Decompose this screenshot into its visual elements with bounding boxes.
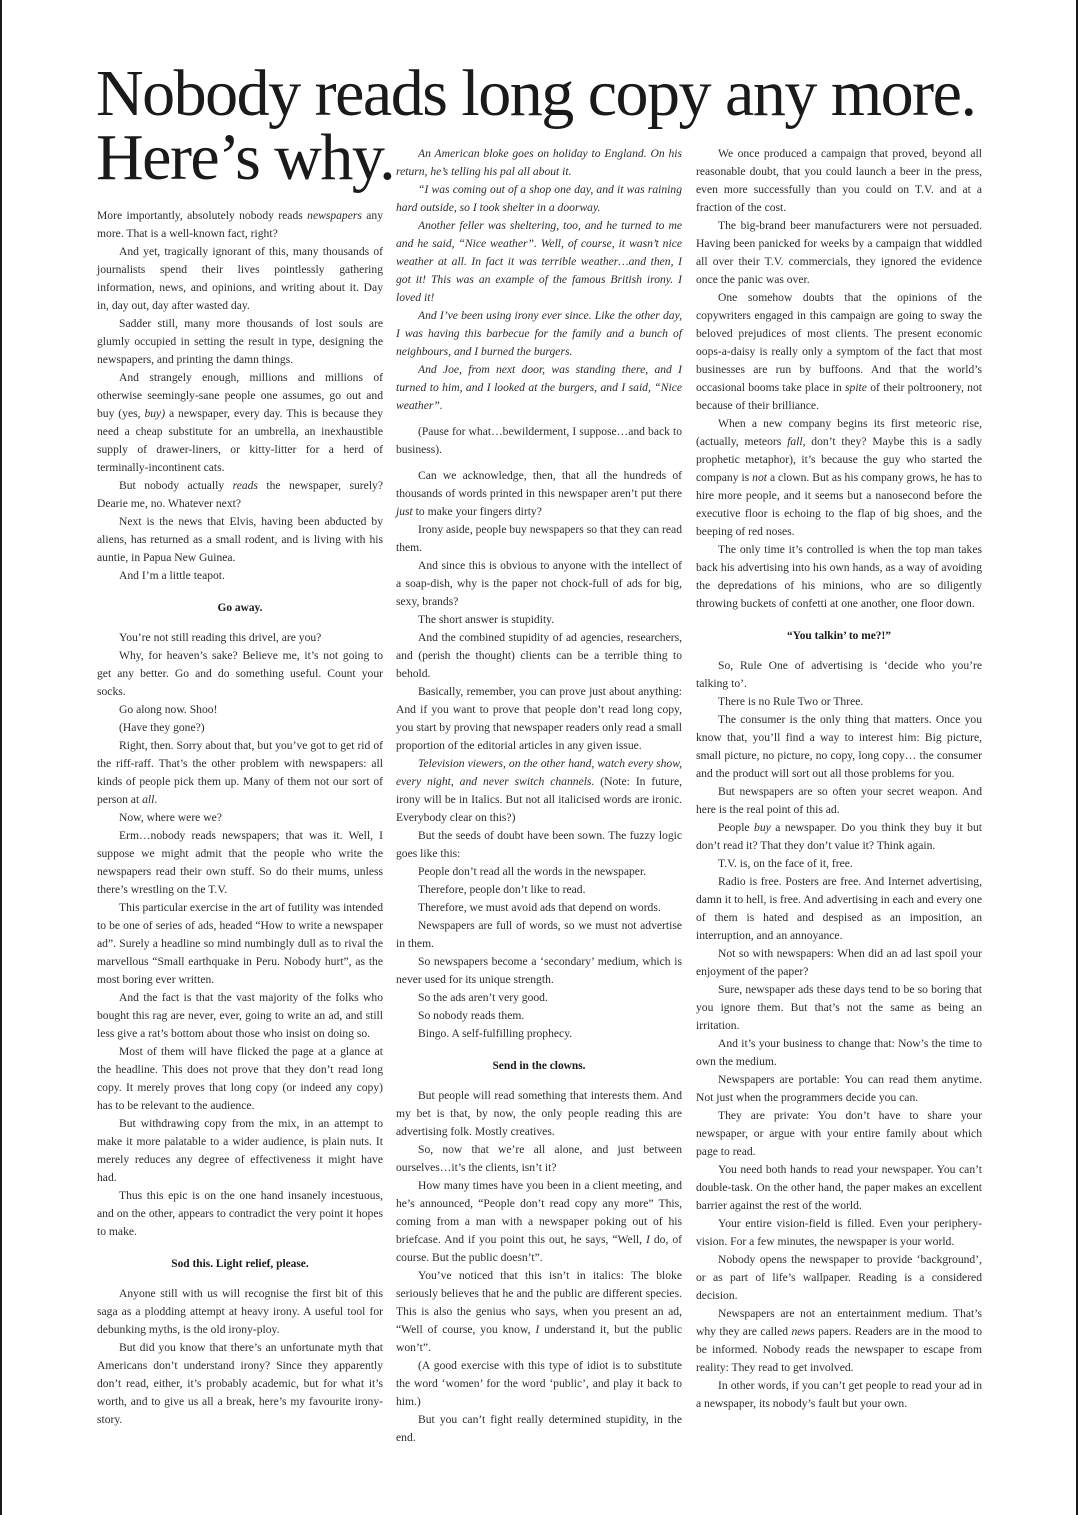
body-paragraph: Next is the news that Elvis, having been… xyxy=(97,513,383,567)
body-paragraph: But the seeds of doubt have been sown. T… xyxy=(396,827,682,863)
body-paragraph: Irony aside, people buy newspapers so th… xyxy=(396,521,682,557)
body-paragraph: And since this is obvious to anyone with… xyxy=(396,557,682,611)
body-paragraph: “I was coming out of a shop one day, and… xyxy=(396,181,682,217)
body-paragraph: Thus this epic is on the one hand insane… xyxy=(97,1187,383,1241)
body-paragraph: T.V. is, on the face of it, free. xyxy=(696,855,982,873)
body-paragraph: So newspapers become a ‘secondary’ mediu… xyxy=(396,953,682,989)
body-paragraph: And yet, tragically ignorant of this, ma… xyxy=(97,243,383,315)
body-paragraph: Right, then. Sorry about that, but you’v… xyxy=(97,737,383,809)
body-paragraph: We once produced a campaign that proved,… xyxy=(696,145,982,217)
section-subheading: Sod this. Light relief, please. xyxy=(97,1255,383,1273)
body-column-3: We once produced a campaign that proved,… xyxy=(696,145,982,1413)
body-paragraph: Not so with newspapers: When did an ad l… xyxy=(696,945,982,981)
body-column-2: An American bloke goes on holiday to Eng… xyxy=(396,145,682,1447)
page-border-left xyxy=(0,0,2,1515)
body-paragraph: So nobody reads them. xyxy=(396,1007,682,1025)
body-paragraph: Go along now. Shoo! xyxy=(97,701,383,719)
body-paragraph: Your entire vision-field is filled. Even… xyxy=(696,1215,982,1251)
body-paragraph: And the fact is that the vast majority o… xyxy=(97,989,383,1043)
headline-line-1: Nobody reads long copy any more. xyxy=(96,62,975,126)
body-paragraph: More importantly, absolutely nobody read… xyxy=(97,207,383,243)
body-paragraph: Can we acknowledge, then, that all the h… xyxy=(396,467,682,521)
body-paragraph: The short answer is stupidity. xyxy=(396,611,682,629)
body-paragraph: So the ads aren’t very good. xyxy=(396,989,682,1007)
body-paragraph: Sadder still, many more thousands of los… xyxy=(97,315,383,369)
body-paragraph: And strangely enough, millions and milli… xyxy=(97,369,383,477)
body-paragraph: People buy a newspaper. Do you think the… xyxy=(696,819,982,855)
body-paragraph: How many times have you been in a client… xyxy=(396,1177,682,1267)
body-paragraph: Nobody opens the newspaper to provide ‘b… xyxy=(696,1251,982,1305)
body-paragraph: When a new company begins its first mete… xyxy=(696,415,982,541)
section-subheading: Go away. xyxy=(97,599,383,617)
body-paragraph: And I’ve been using irony ever since. Li… xyxy=(396,307,682,361)
body-paragraph: But nobody actually reads the newspaper,… xyxy=(97,477,383,513)
body-paragraph: So, Rule One of advertising is ‘decide w… xyxy=(696,657,982,693)
body-paragraph: The consumer is the only thing that matt… xyxy=(696,711,982,783)
body-paragraph: (Have they gone?) xyxy=(97,719,383,737)
body-paragraph: Therefore, people don’t like to read. xyxy=(396,881,682,899)
body-paragraph: You need both hands to read your newspap… xyxy=(696,1161,982,1215)
body-paragraph: Most of them will have flicked the page … xyxy=(97,1043,383,1115)
body-paragraph: But did you know that there’s an unfortu… xyxy=(97,1339,383,1429)
body-paragraph: Anyone still with us will recognise the … xyxy=(97,1285,383,1339)
body-paragraph: Television viewers, on the other hand, w… xyxy=(396,755,682,827)
body-paragraph: Erm…nobody reads newspapers; that was it… xyxy=(97,827,383,899)
body-paragraph: Bingo. A self-fulfilling prophecy. xyxy=(396,1025,682,1043)
body-paragraph: There is no Rule Two or Three. xyxy=(696,693,982,711)
body-paragraph: But withdrawing copy from the mix, in an… xyxy=(97,1115,383,1187)
body-paragraph: (A good exercise with this type of idiot… xyxy=(396,1357,682,1411)
body-column-1: More importantly, absolutely nobody read… xyxy=(97,207,383,1429)
body-paragraph: Newspapers are not an entertainment medi… xyxy=(696,1305,982,1377)
body-paragraph: Now, where were we? xyxy=(97,809,383,827)
body-paragraph: But you can’t fight really determined st… xyxy=(396,1411,682,1447)
body-paragraph: Why, for heaven’s sake? Believe me, it’s… xyxy=(97,647,383,701)
body-paragraph: Radio is free. Posters are free. And Int… xyxy=(696,873,982,945)
body-paragraph: Newspapers are portable: You can read th… xyxy=(696,1071,982,1107)
body-paragraph: But people will read something that inte… xyxy=(396,1087,682,1141)
body-paragraph: And Joe, from next door, was standing th… xyxy=(396,361,682,415)
body-paragraph: You’ve noticed that this isn’t in italic… xyxy=(396,1267,682,1357)
body-paragraph: Newspapers are full of words, so we must… xyxy=(396,917,682,953)
body-paragraph: People don’t read all the words in the n… xyxy=(396,863,682,881)
body-paragraph: And I’m a little teapot. xyxy=(97,567,383,585)
body-paragraph: You’re not still reading this drivel, ar… xyxy=(97,629,383,647)
body-paragraph: Basically, remember, you can prove just … xyxy=(396,683,682,755)
body-paragraph: And it’s your business to change that: N… xyxy=(696,1035,982,1071)
body-paragraph: The only time it’s controlled is when th… xyxy=(696,541,982,613)
section-subheading: Send in the clowns. xyxy=(396,1057,682,1075)
body-paragraph: Another feller was sheltering, too, and … xyxy=(396,217,682,307)
body-paragraph: But newspapers are so often your secret … xyxy=(696,783,982,819)
body-paragraph: They are private: You don’t have to shar… xyxy=(696,1107,982,1161)
body-paragraph: In other words, if you can’t get people … xyxy=(696,1377,982,1413)
body-paragraph: This particular exercise in the art of f… xyxy=(97,899,383,989)
body-paragraph: (Pause for what…bewilderment, I suppose…… xyxy=(396,423,682,459)
section-subheading: “You talkin’ to me?!” xyxy=(696,627,982,645)
body-paragraph: So, now that we’re all alone, and just b… xyxy=(396,1141,682,1177)
body-paragraph: An American bloke goes on holiday to Eng… xyxy=(396,145,682,181)
body-paragraph: Therefore, we must avoid ads that depend… xyxy=(396,899,682,917)
body-paragraph: One somehow doubts that the opinions of … xyxy=(696,289,982,415)
body-paragraph: And the combined stupidity of ad agencie… xyxy=(396,629,682,683)
body-paragraph: The big-brand beer manufacturers were no… xyxy=(696,217,982,289)
body-paragraph: Sure, newspaper ads these days tend to b… xyxy=(696,981,982,1035)
